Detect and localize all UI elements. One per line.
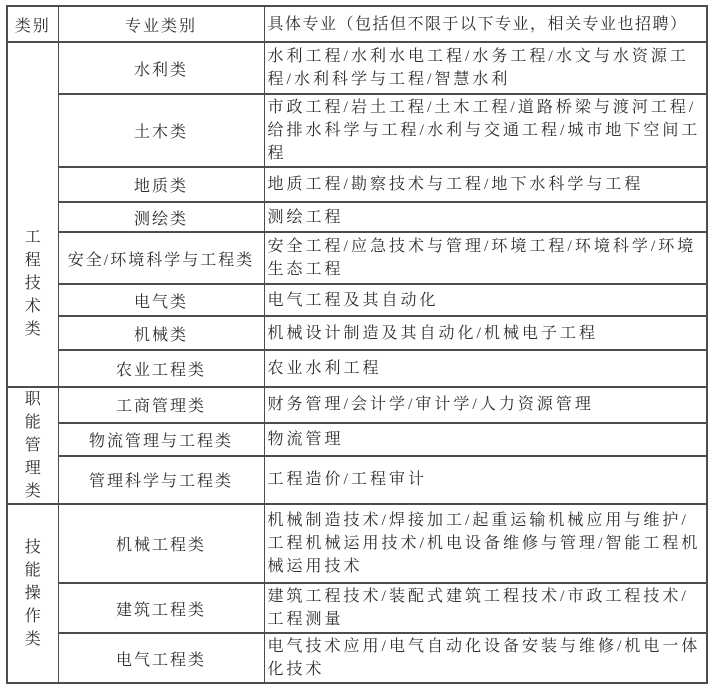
table-row: 职能管理类 工商管理类 财务管理/会计学/审计学/人力资源管理 bbox=[7, 387, 707, 423]
majors-cell: 电气技术应用/电气自动化设备安装与维修/机电一体化技术 bbox=[264, 633, 707, 683]
category-group-skilled-operation: 技能操作类 bbox=[7, 504, 58, 683]
table-row: 技能操作类 机械工程类 机械制造技术/焊接加工/起重运输机械应用与维护/工程机械… bbox=[7, 504, 707, 583]
header-majors: 具体专业（包括但不限于以下专业，相关专业也招聘） bbox=[264, 6, 707, 42]
major-category-cell: 机械工程类 bbox=[58, 504, 264, 583]
majors-cell: 电气工程及其自动化 bbox=[264, 284, 707, 316]
majors-cell: 财务管理/会计学/审计学/人力资源管理 bbox=[264, 387, 707, 423]
major-category-cell: 管理科学与工程类 bbox=[58, 456, 264, 504]
majors-cell: 市政工程/岩土工程/土木工程/道路桥梁与渡河工程/给排水科学与工程/水利与交通工… bbox=[264, 94, 707, 167]
majors-cell: 机械制造技术/焊接加工/起重运输机械应用与维护/工程机械运用技术/机电设备维修与… bbox=[264, 504, 707, 583]
table-row: 管理科学与工程类 工程造价/工程审计 bbox=[7, 456, 707, 504]
major-category-cell: 机械类 bbox=[58, 316, 264, 350]
table-row: 电气工程类 电气技术应用/电气自动化设备安装与维修/机电一体化技术 bbox=[7, 633, 707, 683]
table-row: 工程技术类 水利类 水利工程/水利水电工程/水务工程/水文与水资源工程/水利科学… bbox=[7, 42, 707, 94]
header-major-category: 专业类别 bbox=[58, 6, 264, 42]
major-category-cell: 土木类 bbox=[58, 94, 264, 167]
major-category-cell: 农业工程类 bbox=[58, 350, 264, 387]
majors-cell: 测绘工程 bbox=[264, 202, 707, 232]
table-row: 物流管理与工程类 物流管理 bbox=[7, 423, 707, 456]
category-group-engineering: 工程技术类 bbox=[7, 42, 58, 387]
table-row: 农业工程类 农业水利工程 bbox=[7, 350, 707, 387]
major-category-cell: 安全/环境科学与工程类 bbox=[58, 232, 264, 284]
majors-cell: 地质工程/勘察技术与工程/地下水科学与工程 bbox=[264, 167, 707, 202]
major-category-cell: 电气工程类 bbox=[58, 633, 264, 683]
major-category-cell: 地质类 bbox=[58, 167, 264, 202]
majors-cell: 建筑工程技术/装配式建筑工程技术/市政工程技术/工程测量 bbox=[264, 583, 707, 633]
header-category: 类别 bbox=[7, 6, 58, 42]
majors-table: 类别 专业类别 具体专业（包括但不限于以下专业，相关专业也招聘） 工程技术类 水… bbox=[6, 5, 708, 684]
majors-cell: 水利工程/水利水电工程/水务工程/水文与水资源工程/水利科学与工程/智慧水利 bbox=[264, 42, 707, 94]
major-category-cell: 水利类 bbox=[58, 42, 264, 94]
majors-cell: 机械设计制造及其自动化/机械电子工程 bbox=[264, 316, 707, 350]
category-group-label: 职能管理类 bbox=[24, 388, 42, 503]
majors-cell: 工程造价/工程审计 bbox=[264, 456, 707, 504]
major-category-cell: 物流管理与工程类 bbox=[58, 423, 264, 456]
table-row: 安全/环境科学与工程类 安全工程/应急技术与管理/环境工程/环境科学/环境生态工… bbox=[7, 232, 707, 284]
major-category-cell: 电气类 bbox=[58, 284, 264, 316]
major-category-cell: 工商管理类 bbox=[58, 387, 264, 423]
table-row: 测绘类 测绘工程 bbox=[7, 202, 707, 232]
table-row: 土木类 市政工程/岩土工程/土木工程/道路桥梁与渡河工程/给排水科学与工程/水利… bbox=[7, 94, 707, 167]
category-group-label: 工程技术类 bbox=[24, 226, 42, 341]
table-header-row: 类别 专业类别 具体专业（包括但不限于以下专业，相关专业也招聘） bbox=[7, 6, 707, 42]
table-row: 电气类 电气工程及其自动化 bbox=[7, 284, 707, 316]
majors-cell: 农业水利工程 bbox=[264, 350, 707, 387]
table-row: 机械类 机械设计制造及其自动化/机械电子工程 bbox=[7, 316, 707, 350]
majors-cell: 安全工程/应急技术与管理/环境工程/环境科学/环境生态工程 bbox=[264, 232, 707, 284]
major-category-cell: 测绘类 bbox=[58, 202, 264, 232]
table-row: 建筑工程类 建筑工程技术/装配式建筑工程技术/市政工程技术/工程测量 bbox=[7, 583, 707, 633]
table-row: 地质类 地质工程/勘察技术与工程/地下水科学与工程 bbox=[7, 167, 707, 202]
category-group-label: 技能操作类 bbox=[24, 536, 42, 651]
major-category-cell: 建筑工程类 bbox=[58, 583, 264, 633]
category-group-management: 职能管理类 bbox=[7, 387, 58, 504]
majors-cell: 物流管理 bbox=[264, 423, 707, 456]
recruitment-majors-table-page: 类别 专业类别 具体专业（包括但不限于以下专业，相关专业也招聘） 工程技术类 水… bbox=[0, 0, 710, 691]
